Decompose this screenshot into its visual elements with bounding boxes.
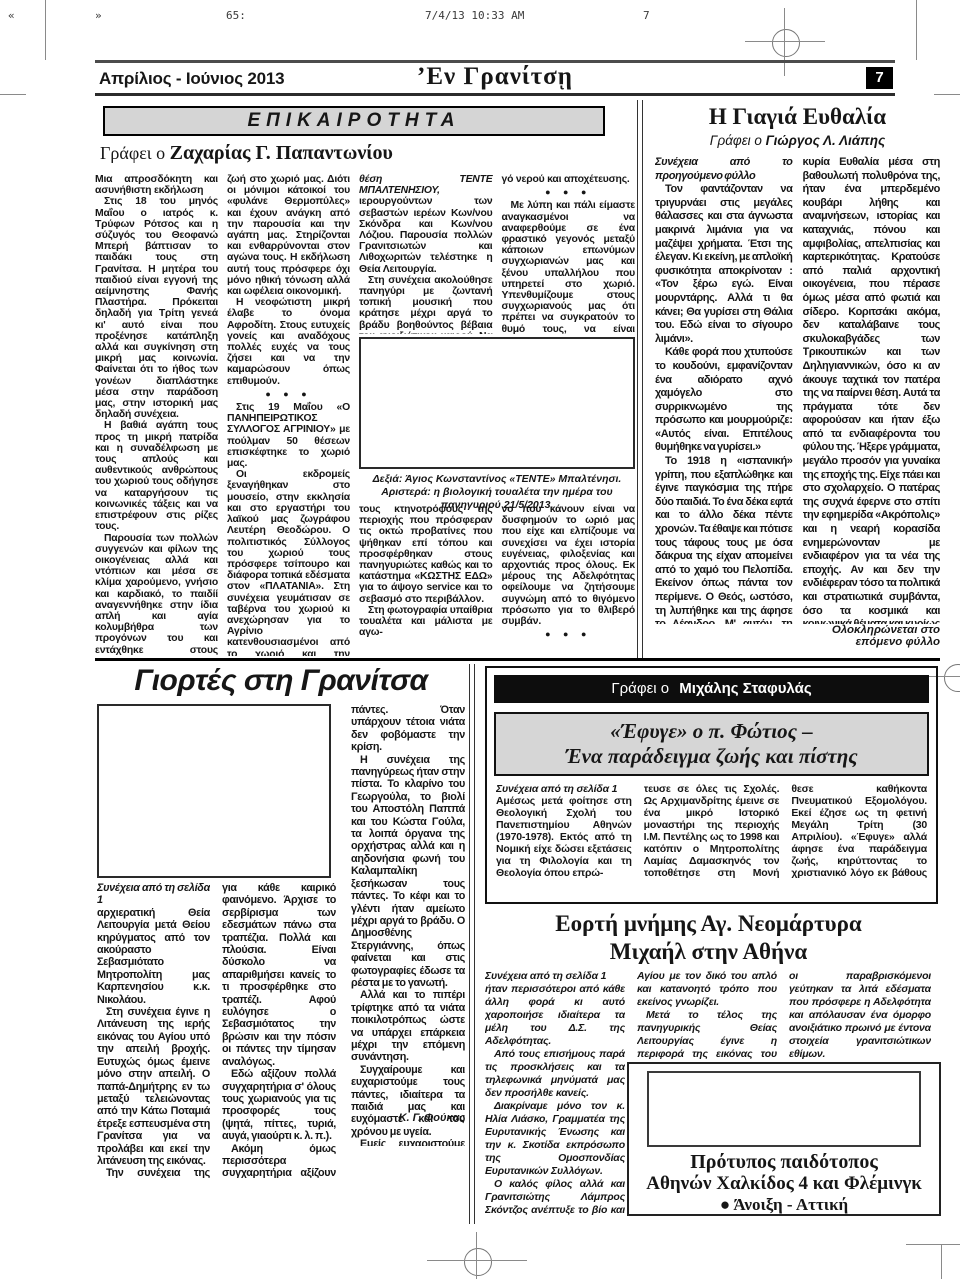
registration-target-icon bbox=[944, 664, 960, 692]
column-1: Συνέχεια από τη σελίδα 1αρχιερατική Θεία… bbox=[97, 882, 210, 1178]
paragraph: Η βαθιά αγάπη τους προς τη μικρή πατρίδα… bbox=[95, 420, 218, 532]
crop-mark bbox=[934, 94, 960, 95]
crop-mark bbox=[476, 1232, 477, 1279]
headline-line-1: «Έφυγε» ο π. Φώτιος – bbox=[496, 719, 927, 744]
paragraph: Συνέχεια από τη σελίδα 1 bbox=[496, 783, 632, 795]
crop-mark bbox=[427, 1260, 527, 1261]
section-banner-epikairotita: ΕΠΙΚΑΙΡΟΤΗΤΑ bbox=[103, 106, 605, 136]
crop-mark bbox=[941, 1244, 942, 1279]
paragraph: Συγχαίρουμε και ευχαριστούμε τους πάντες… bbox=[351, 1064, 465, 1138]
article-giagia-evthalia: Η Γιαγιά Ευθαλία Γράφει ο Γιώργος Λ. Λιά… bbox=[645, 100, 940, 658]
proof-label: 65: bbox=[226, 9, 246, 22]
right-lower-articles: Γράφει ο Μιχάλης Σταφυλάς «Έφυγε» ο π. Φ… bbox=[477, 664, 940, 1224]
columns-3-4: θέση ΤΕΝΤΕ ΜΠΑΛΤΕΝΗΣΙΟΥ,ιερουργούντων τω… bbox=[359, 174, 635, 656]
paragraph: ● ● ● bbox=[502, 627, 636, 642]
byline-author: Ζαχαρίας Γ. Παπαντωνίου bbox=[170, 142, 393, 164]
paragraph: Την συνέχεια της πανηγύρεως ανέλαβε ο πο… bbox=[97, 1167, 210, 1178]
crop-mark bbox=[916, 0, 917, 60]
byline-prefix: Γράφει ο bbox=[611, 680, 669, 697]
column-rule-divider bbox=[637, 100, 643, 658]
column-3: πάντες. Όταν υπάρχουν τέτοια νιάτα δεν φ… bbox=[351, 704, 465, 1146]
paragraph: Παρουσία των πολλών συγγενών και φίλων τ… bbox=[95, 533, 218, 657]
paragraph: Ο καλός φίλος αλλά και Γρανιτσιώτης Λάμπ… bbox=[485, 1178, 625, 1218]
column-a: Συνέχεια από τη σελίδα 1Αμέσως μετά φοίτ… bbox=[496, 783, 632, 879]
paragraph: γό νερού και αποχέτευσης. bbox=[502, 174, 636, 185]
proof-timestamp: 7/4/13 10:33 AM bbox=[425, 9, 524, 22]
article-efyge-o-p-fotios: Γράφει ο Μιχάλης Σταφυλάς «Έφυγε» ο π. Φ… bbox=[485, 666, 938, 904]
upper-section: ΕΠΙΚΑΙΡΟΤΗΤΑ Γράφει ο Ζαχαρίας Γ. Παπαντ… bbox=[95, 100, 940, 658]
paragraph: Στη φωτογραφία υπαίθρια τουαλέτα και μάλ… bbox=[359, 605, 493, 639]
article-columns: Συνέχεια από τη σελίδα 1Αμέσως μετά φοίτ… bbox=[496, 783, 927, 879]
paragraph: ήταν περισσότεροι από κάθε άλλη φορά κι … bbox=[485, 983, 625, 1048]
article-giortes: Γιορτές στη Γρανίτσα πάντες. Όταν υπάρχο… bbox=[95, 664, 467, 1224]
paragraph: Η νεοφώτιστη μικρή έλαβε το όνομα Αφροδί… bbox=[227, 297, 350, 387]
advert-paidotopos: Πρότυπος παιδότοπος Αθηνών Χαλκίδος 4 κα… bbox=[627, 1062, 941, 1216]
paragraph: Τον φαντάζονταν να τριγυρνάει στις μεγάλ… bbox=[655, 183, 793, 346]
column-4-bottom: νο που κάνουν είναι να δυσφημούν το ωριό… bbox=[502, 504, 636, 654]
photo-caption: Δεξιά: Άγιος Κωνσταντίνος «ΤΕΝΤΕ» Μπαλτέ… bbox=[359, 473, 635, 504]
column-rule-divider bbox=[469, 664, 475, 1224]
advert-line-2: Αθηνών Χαλκίδος 4 και Φλέμινγκ bbox=[629, 1173, 939, 1194]
paragraph: Με λύπη και πάλι είμαστε αναγκασμένοι να… bbox=[502, 200, 636, 334]
paragraph: οι παραβρισκόμενοι γεύτηκαν τα λιτά εδέσ… bbox=[789, 970, 931, 1061]
paragraph: για κάθε καιρικό φαινόμενο. Άρχισε το σε… bbox=[222, 882, 336, 1068]
article-columns: Συνέχεια από το προηγούμενο φύλλοΤον φαν… bbox=[655, 156, 940, 624]
newspaper-page-scan: { "colors": { "ink": "#161616", "banner_… bbox=[0, 0, 960, 1279]
paragraph: νο που κάνουν είναι να δυσφημούν το ωριό… bbox=[502, 504, 636, 627]
paragraph: Εδώ αξίζουν πολλά συγχαρητήρια σ' όλους … bbox=[222, 1068, 336, 1142]
paragraph: Στις 19 Μαΐου «Ο ΠΑΝΗΠΕΙΡΩΤΙΚΟΣ ΣΥΛΛΟΓΟΣ… bbox=[227, 402, 350, 469]
column-3-top: θέση ΤΕΝΤΕ ΜΠΑΛΤΕΝΗΣΙΟΥ,ιερουργούντων τω… bbox=[359, 174, 493, 334]
left-guillemet: « bbox=[8, 9, 15, 22]
paragraph: Μια απροσδόκητη και ασυνήθιστη εκδήλωση bbox=[95, 174, 218, 196]
paragraph: Στη συνέχεια ακολούθησε πανηγύρι με ζωντ… bbox=[359, 275, 493, 334]
column-b: τευσε σε όλες τις Σχολές. Ως Αρχιμανδρίτ… bbox=[644, 783, 780, 879]
paragraph: Διακρίναμε μόνο τον κ. Ηλία Λιάσκο, Γραμ… bbox=[485, 1100, 625, 1178]
paragraph: ζωή στο χωριό μας. Διότι οι μόνιμοι κάτο… bbox=[227, 174, 350, 297]
author-signature: Κ. Γ. Φούκας bbox=[351, 1112, 465, 1124]
paragraph: αρχιερατική Θεία Λειτουργία μετά Θείου κ… bbox=[97, 907, 210, 1006]
paragraph: Στη συνέχεια έγινε η Λιτάνευση της ιερής… bbox=[97, 1006, 210, 1167]
proof-page: 7 bbox=[643, 9, 650, 22]
column-b: Αγίου με τον δικό του απλό και κατανοητό… bbox=[637, 970, 777, 1066]
page-number-badge: 7 bbox=[866, 67, 893, 89]
paragraph: Από τους επισήμους παρά τις προσκλήσεις … bbox=[485, 1048, 625, 1100]
article-headline-eorti: Εορτή μνήμης Αγ. Νεομάρτυρα Μιχαήλ στην … bbox=[477, 910, 940, 966]
paragraph: Εμείς ευχαριστούμε τον Παπαδημήτρη Σκόνδ… bbox=[351, 1138, 465, 1146]
crop-mark bbox=[0, 94, 26, 95]
article-epikairotita: ΕΠΙΚΑΙΡΟΤΗΤΑ Γράφει ο Ζαχαρίας Γ. Παπαντ… bbox=[95, 100, 635, 658]
paragraph: Αγίου με τον δικό του απλό και κατανοητό… bbox=[637, 970, 777, 1009]
crop-mark bbox=[45, 0, 46, 60]
to-be-continued-note: Ολοκληρώνεται στο επόμενο φύλλο bbox=[790, 624, 940, 648]
column-2: ζωή στο χωριό μας. Διότι οι μόνιμοι κάτο… bbox=[227, 174, 350, 656]
paragraph: Αλλά και το πιπέρι τρίφτηκε από τα νιάτα… bbox=[351, 989, 465, 1063]
paragraph: ● ● ● bbox=[502, 185, 636, 200]
column-b: κυρία Ευθαλία μέσα στη βαθουλωτή πολυθρό… bbox=[803, 156, 941, 624]
paragraph: τευσε σε όλες τις Σχολές. Ως Αρχιμανδρίτ… bbox=[644, 783, 780, 879]
section-rule bbox=[95, 658, 940, 661]
paragraph: Η συνέχεια της πανηγύρεως ήταν στην πίστ… bbox=[351, 754, 465, 990]
registration-target-icon bbox=[464, 1248, 492, 1276]
registration-target-icon bbox=[772, 29, 800, 57]
newspaper-title: ’Εν Γρανίτσῃ bbox=[95, 63, 895, 91]
byline-author: Γιώργος Λ. Λιάπης bbox=[766, 133, 886, 148]
headline-line-1: Εορτή μνήμης Αγ. Νεομάρτυρα bbox=[477, 910, 940, 938]
column-c: οι παραβρισκόμενοι γεύτηκαν τα λιτά εδέσ… bbox=[789, 970, 931, 1066]
byline-author: Μιχάλης Σταφυλάς bbox=[679, 680, 811, 697]
column-a: Συνέχεια από τη σελίδα 1ήταν περισσότερο… bbox=[485, 970, 625, 1218]
byline: Γράφει ο Ζαχαρίας Γ. Παπαντωνίου bbox=[100, 142, 393, 165]
column-2: για κάθε καιρικό φαινόμενο. Άρχισε το σε… bbox=[222, 882, 336, 1178]
article-headline: «Έφυγε» ο π. Φώτιος – Ένα παράδειγμα ζωή… bbox=[494, 712, 929, 776]
paragraph: Συνέχεια από τη σελίδα 1 bbox=[485, 970, 625, 983]
paragraph: Αμέσως μετά φοίτησε στη Θεολογική Σχολή … bbox=[496, 795, 632, 879]
paragraph: ιερουργούντων των σεβαστών ιερέων Κων/νο… bbox=[359, 196, 493, 274]
paragraph: τους κτηνοτρόφους της περιοχής που πρόσφ… bbox=[359, 504, 493, 605]
byline-banner: Γράφει ο Μιχάλης Σταφυλάς bbox=[494, 675, 929, 703]
column-c: θεσε καθήκοντα Πνευματικού Εξομολόγου. Ε… bbox=[791, 783, 927, 879]
crop-mark bbox=[906, 1244, 960, 1245]
lower-section: Γιορτές στη Γρανίτσα πάντες. Όταν υπάρχο… bbox=[95, 664, 940, 1224]
photo-placeholder bbox=[97, 704, 331, 878]
proof-slug-bar: « » 65: 7/4/13 10:33 AM 7 bbox=[0, 9, 960, 25]
advert-line-3: ● Άνοιξη - Αττική bbox=[629, 1194, 939, 1215]
paragraph: Συνέχεια από τη σελίδα 1 bbox=[97, 882, 210, 907]
column-a: Συνέχεια από το προηγούμενο φύλλοΤον φαν… bbox=[655, 156, 793, 624]
crop-mark bbox=[745, 41, 825, 42]
paragraph: Ακόμη όμως περισσότερα συγχαρητήρια αξίζ… bbox=[222, 1143, 336, 1178]
article-title: Η Γιαγιά Ευθαλία bbox=[655, 104, 940, 130]
paragraph: Στις 18 του μηνός Μαΐου ο ιατρός κ. Τρύφ… bbox=[95, 196, 218, 420]
byline-prefix: Γράφει ο bbox=[100, 143, 165, 163]
advert-line-1: Πρότυπος παιδότοπος bbox=[629, 1152, 939, 1173]
article-headline: Γιορτές στη Γρανίτσα bbox=[95, 664, 467, 698]
article-columns: Μια απροσδόκητη και ασυνήθιστη εκδήλωσηΣ… bbox=[95, 174, 635, 656]
headline-line-2: Μιχαήλ στην Αθήνα bbox=[477, 938, 940, 966]
masthead: Απρίλιος - Ιούνιος 2013 ’Εν Γρανίτσῃ 7 bbox=[95, 60, 895, 96]
column-4-top: γό νερού και αποχέτευσης.● ● ●Με λύπη κα… bbox=[502, 174, 636, 334]
paragraph: Συνέχεια από το προηγούμενο φύλλο bbox=[655, 156, 793, 183]
byline-prefix: Γράφει ο bbox=[710, 133, 762, 148]
column-3-bottom: τους κτηνοτρόφους της περιοχής που πρόσφ… bbox=[359, 504, 493, 654]
photo-placeholder bbox=[359, 337, 635, 469]
paragraph: κυρία Ευθαλία μέσα στη βαθουλωτή πολυθρό… bbox=[803, 156, 941, 624]
paragraph: Μετά το τέλος της πανηγυρικής Θείας Λειτ… bbox=[637, 1009, 777, 1066]
paragraph: Το 1918 η «ισπανική» γρίπη, που εξαπλώθη… bbox=[655, 455, 793, 624]
column-1: Μια απροσδόκητη και ασυνήθιστη εκδήλωσηΣ… bbox=[95, 174, 218, 656]
photo-placeholder bbox=[647, 1071, 921, 1147]
paragraph: Κάθε φορά που χτυπούσε το κουδούνι, εμφα… bbox=[655, 346, 793, 455]
paragraph: ● ● ● bbox=[227, 387, 350, 402]
paragraph: θέση ΤΕΝΤΕ ΜΠΑΛΤΕΝΗΣΙΟΥ, bbox=[359, 174, 493, 196]
headline-line-2: Ένα παράδειγμα ζωής και πίστης bbox=[496, 744, 927, 769]
paragraph: πάντες. Όταν υπάρχουν τέτοια νιάτα δεν φ… bbox=[351, 704, 465, 754]
byline: Γράφει ο Γιώργος Λ. Λιάπης bbox=[655, 133, 940, 148]
right-guillemet: » bbox=[95, 9, 102, 22]
paragraph: θεσε καθήκοντα Πνευματικού Εξομολόγου. Ε… bbox=[791, 783, 927, 879]
paragraph: Οι εκδρομείς ξεναγήθηκαν στο μουσείο, στ… bbox=[227, 469, 350, 656]
